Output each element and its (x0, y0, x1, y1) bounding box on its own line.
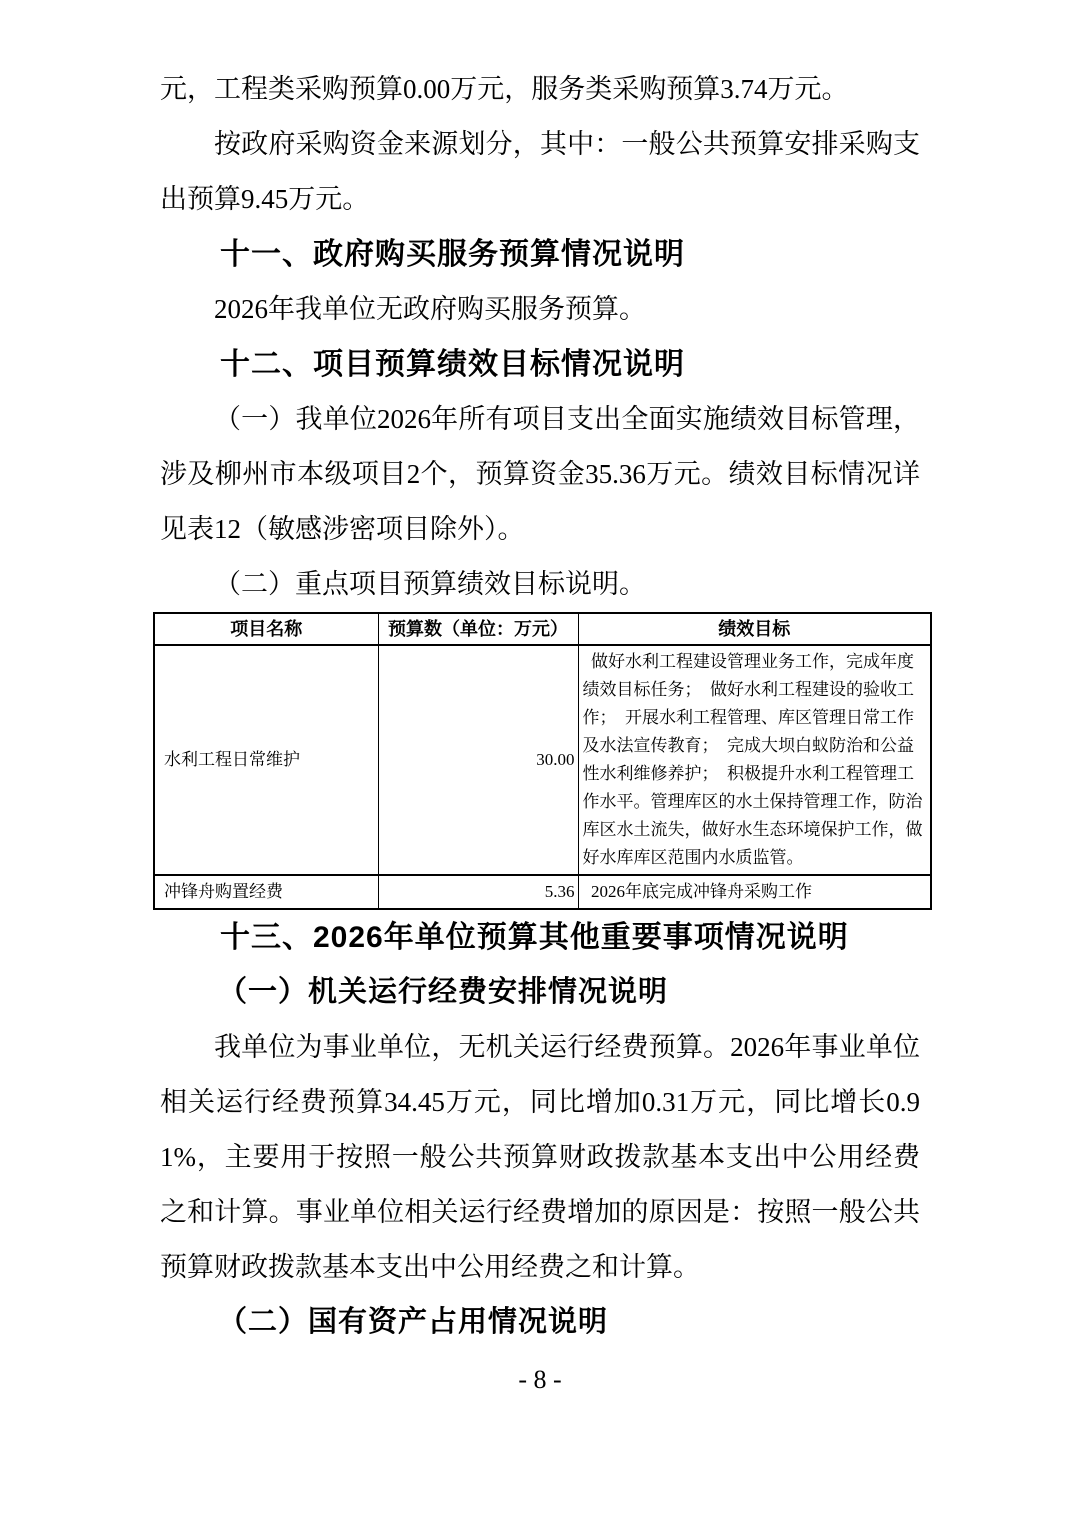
table-header-performance-target: 绩效目标 (578, 613, 931, 645)
table-row: 水利工程日常维护 30.00 做好水利工程建设管理业务工作，完成年度绩效目标任务… (154, 645, 931, 875)
table-cell-performance-target: 2026年底完成冲锋舟采购工作 (578, 875, 931, 909)
paragraph-section12-2: （二）重点项目预算绩效目标说明。 (160, 557, 920, 612)
section-heading-13: 十三、2026年单位预算其他重要事项情况说明 (160, 910, 920, 965)
paragraph-section12-1: （一）我单位2026年所有项目支出全面实施绩效目标管理，涉及柳州市本级项目2个，… (160, 392, 920, 557)
table-header-budget: 预算数（单位：万元） (378, 613, 578, 645)
document-page: 元，工程类采购预算0.00万元，服务类采购预算3.74万元。 按政府采购资金来源… (0, 0, 1074, 1520)
subsection-heading-13-2: （二）国有资产占用情况说明 (160, 1295, 920, 1350)
table-cell-budget: 30.00 (378, 645, 578, 875)
table-cell-project-name: 冲锋舟购置经费 (154, 875, 378, 909)
section-heading-11: 十一、政府购买服务预算情况说明 (160, 227, 920, 282)
table-cell-budget: 5.36 (378, 875, 578, 909)
paragraph-section11-body: 2026年我单位无政府购买服务预算。 (160, 282, 920, 337)
table-header-row: 项目名称 预算数（单位：万元） 绩效目标 (154, 613, 931, 645)
subsection-heading-13-1: （一）机关运行经费安排情况说明 (160, 965, 920, 1020)
table-row: 冲锋舟购置经费 5.36 2026年底完成冲锋舟采购工作 (154, 875, 931, 909)
section-heading-12: 十二、项目预算绩效目标情况说明 (160, 337, 920, 392)
table-cell-project-name: 水利工程日常维护 (154, 645, 378, 875)
paragraph-funding-source: 按政府采购资金来源划分，其中：一般公共预算安排采购支出预算9.45万元。 (160, 117, 920, 227)
table-cell-performance-target: 做好水利工程建设管理业务工作，完成年度绩效目标任务； 做好水利工程建设的验收工作… (578, 645, 931, 875)
table-header-project-name: 项目名称 (154, 613, 378, 645)
paragraph-procurement-continuation: 元，工程类采购预算0.00万元，服务类采购预算3.74万元。 (160, 62, 920, 117)
paragraph-section13-1-body: 我单位为事业单位，无机关运行经费预算。2026年事业单位相关运行经费预算34.4… (160, 1020, 920, 1295)
page-number: - 8 - (160, 1352, 920, 1407)
performance-targets-table: 项目名称 预算数（单位：万元） 绩效目标 水利工程日常维护 30.00 做好水利… (153, 612, 932, 910)
